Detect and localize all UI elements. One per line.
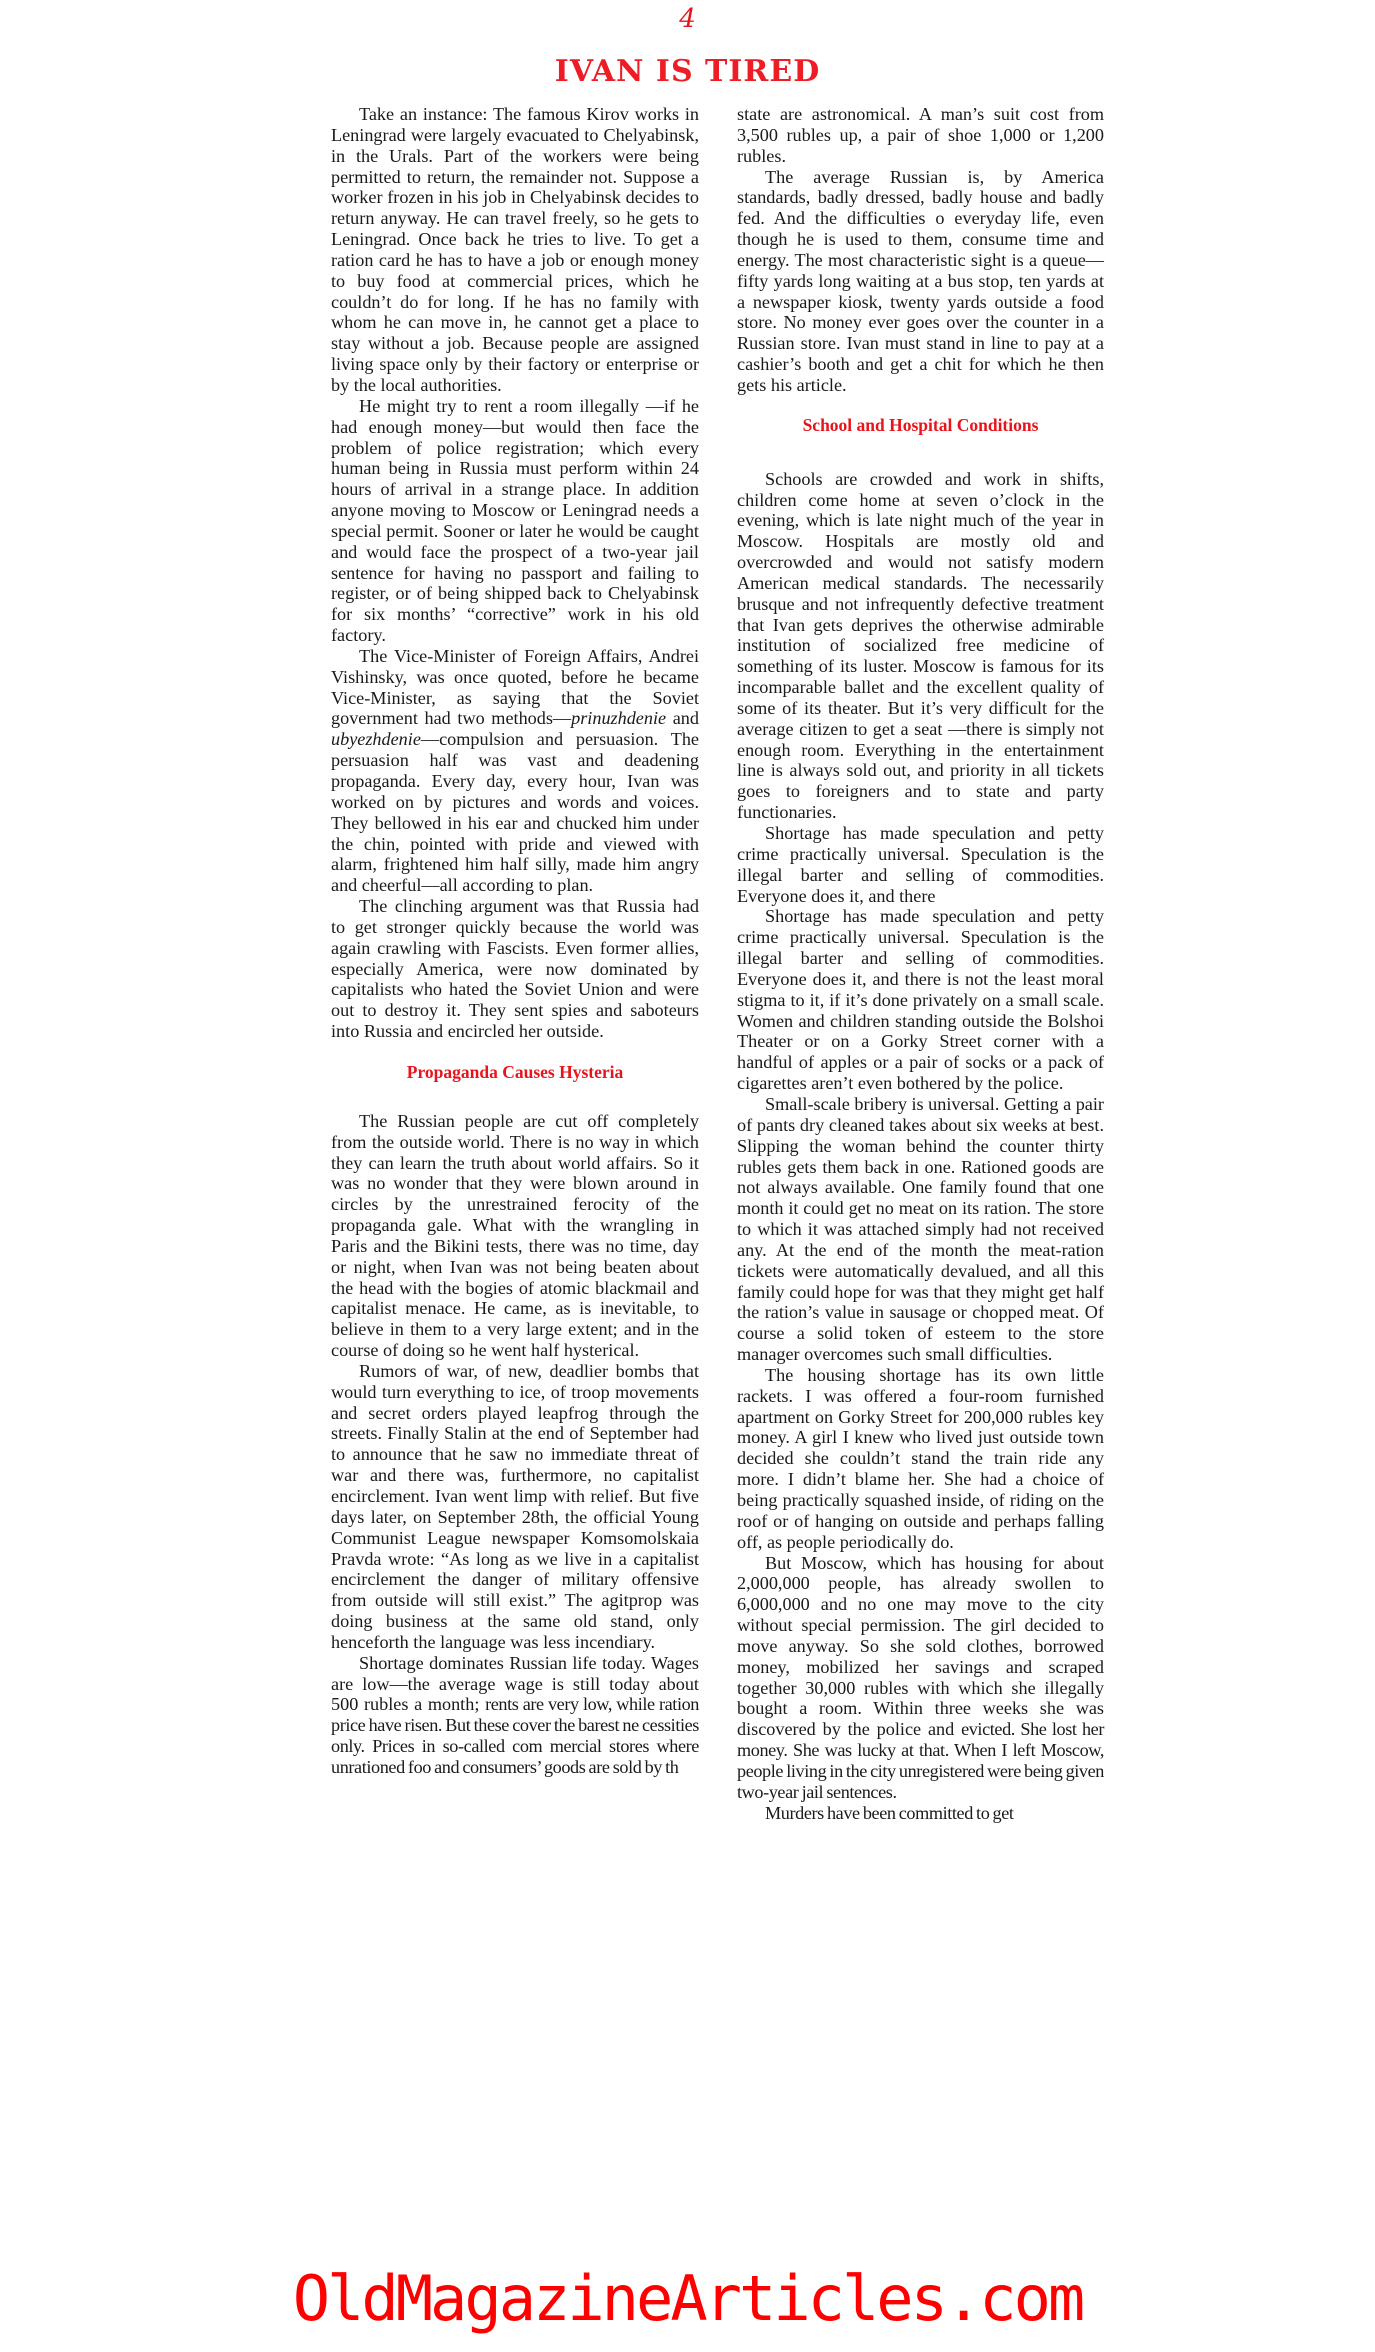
paragraph: But Moscow, which has housing for about … <box>737 1553 1104 1803</box>
paragraph: Shortage has made speculation and petty … <box>737 906 1104 1094</box>
paragraph: Shortage has made speculation and petty … <box>737 823 1104 906</box>
paragraph: The clinching argument was that Russia h… <box>331 896 699 1042</box>
paragraph: The average Russian is, by America stand… <box>737 167 1104 396</box>
paragraph: Murders have been committed to get <box>737 1803 1104 1824</box>
section-subheading: School and Hospital Conditions <box>737 415 1104 436</box>
paragraph: Schools are crowded and work in shifts, … <box>737 469 1104 823</box>
site-watermark: OldMagazineArticles.com <box>0 2262 1375 2335</box>
article-title: IVAN IS TIRED <box>0 54 1375 89</box>
paragraph: Shortage dominates Russian life today. W… <box>331 1653 699 1778</box>
paragraph: The housing shortage has its own little … <box>737 1365 1104 1553</box>
paragraph: Rumors of war, of new, deadlier bombs th… <box>331 1361 699 1653</box>
section-subheading: Propaganda Causes Hysteria <box>331 1062 699 1083</box>
russian-term: prinuzhdenie <box>571 708 666 728</box>
right-column: state are astronomical. A man’s suit cos… <box>737 104 1104 1824</box>
page-number: 4 <box>0 4 1375 34</box>
paragraph: Take an instance: The famous Kirov works… <box>331 104 699 396</box>
paragraph: The Russian people are cut off completel… <box>331 1111 699 1361</box>
russian-term: ubyezhdenie <box>331 729 421 749</box>
left-column: Take an instance: The famous Kirov works… <box>331 104 699 1778</box>
paragraph: Small-scale bribery is universal. Gettin… <box>737 1094 1104 1365</box>
paragraph: He might try to rent a room illegally —i… <box>331 396 699 646</box>
paragraph: The Vice-Minister of Foreign Affairs, An… <box>331 646 699 896</box>
paragraph: state are astronomical. A man’s suit cos… <box>737 104 1104 167</box>
